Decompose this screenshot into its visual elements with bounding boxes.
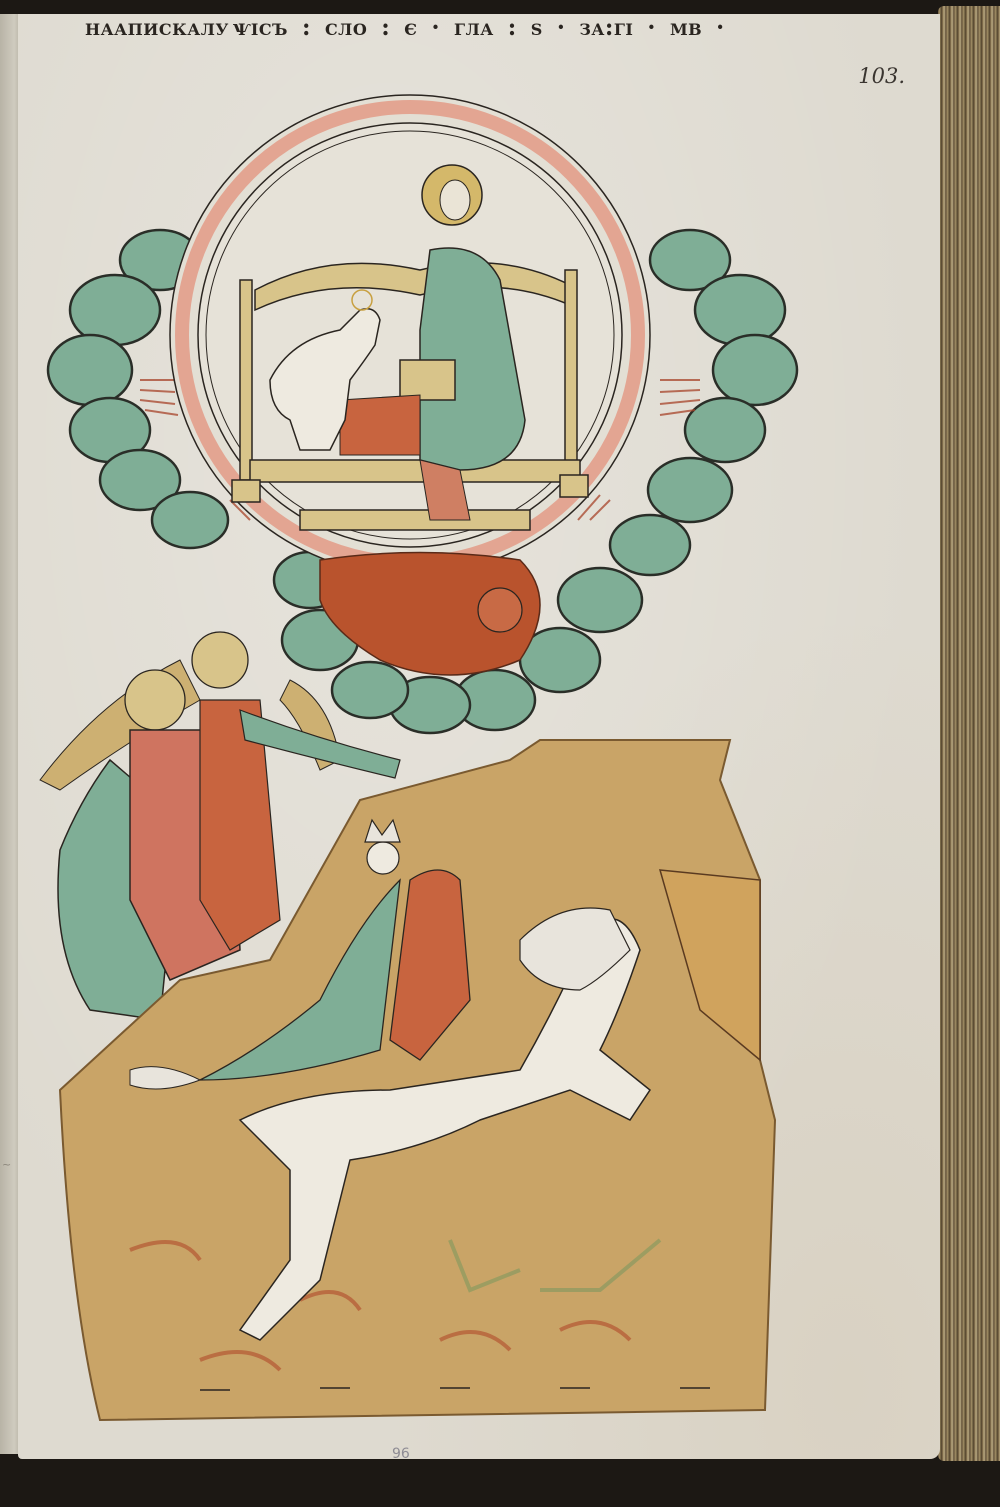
miniature-illustration [0,0,1000,1507]
book-spread: наапискалу ѱісъ : сло : є · гла : ѕ · за… [0,0,1000,1507]
